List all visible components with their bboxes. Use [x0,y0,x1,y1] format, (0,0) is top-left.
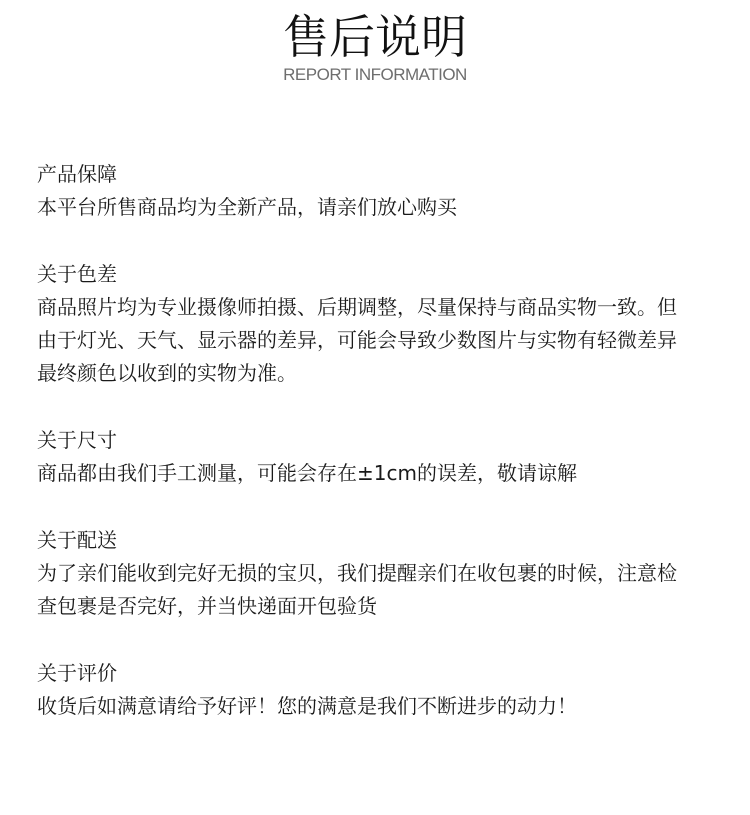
section-text-line: 收货后如满意请给予好评！您的满意是我们不断进步的动力！ [37,690,727,723]
section-text-line: 本平台所售商品均为全新产品，请亲们放心购买 [37,191,727,224]
section-size: 关于尺寸 商品都由我们手工测量，可能会存在±1cm的误差，敬请谅解 [37,424,727,490]
section-spacer [37,224,727,258]
section-spacer [37,490,727,524]
section-review: 关于评价 收货后如满意请给予好评！您的满意是我们不断进步的动力！ [37,657,727,723]
section-title: 关于色差 [37,258,727,291]
section-text-line: 商品照片均为专业摄像师拍摄、后期调整，尽量保持与商品实物一致。但 [37,291,727,324]
section-text-line: 商品都由我们手工测量，可能会存在±1cm的误差，敬请谅解 [37,457,727,490]
section-spacer [37,623,727,657]
section-text-line: 最终颜色以收到的实物为准。 [37,357,727,390]
section-text-line: 为了亲们能收到完好无损的宝贝，我们提醒亲们在收包裹的时候，注意检 [37,557,727,590]
section-title: 关于配送 [37,524,727,557]
section-spacer [37,390,727,424]
section-product-guarantee: 产品保障 本平台所售商品均为全新产品，请亲们放心购买 [37,158,727,224]
section-title: 关于尺寸 [37,424,727,457]
section-title: 产品保障 [37,158,727,191]
section-text-line: 查包裹是否完好，并当快递面开包验货 [37,590,727,623]
section-color-difference: 关于色差 商品照片均为专业摄像师拍摄、后期调整，尽量保持与商品实物一致。但 由于… [37,258,727,390]
section-title: 关于评价 [37,657,727,690]
page-title: 售后说明 [0,8,750,66]
page-subtitle: REPORT INFORMATION [0,64,750,86]
section-delivery: 关于配送 为了亲们能收到完好无损的宝贝，我们提醒亲们在收包裹的时候，注意检 查包… [37,524,727,623]
section-text-line: 由于灯光、天气、显示器的差异，可能会导致少数图片与实物有轻微差异 [37,324,727,357]
after-sales-content: 产品保障 本平台所售商品均为全新产品，请亲们放心购买 关于色差 商品照片均为专业… [37,158,727,723]
